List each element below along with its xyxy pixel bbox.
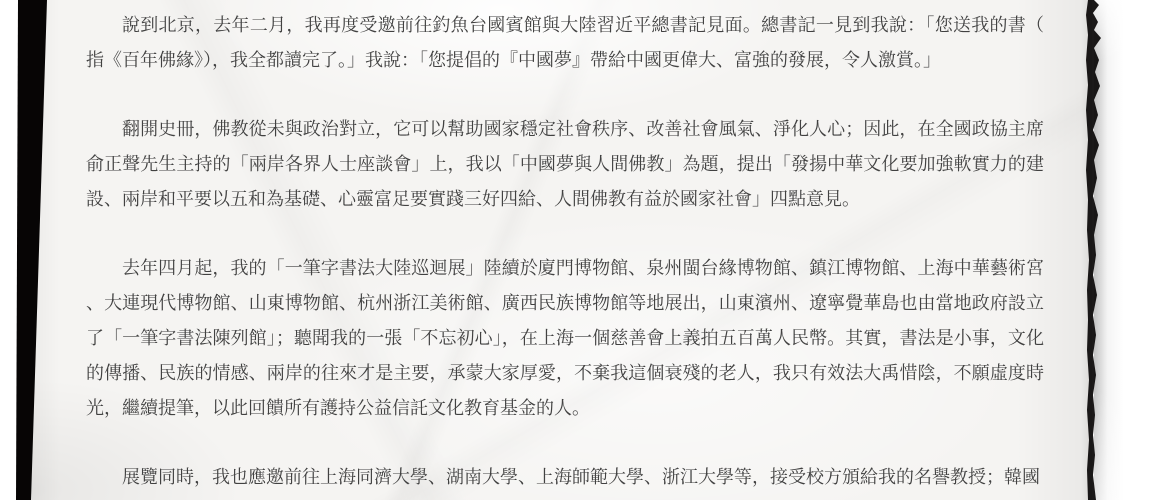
paragraph-beijing-meeting: 說到北京，去年二月，我再度受邀前往釣魚台國賓館與大陸習近平總書記見面。總書記一見… xyxy=(86,8,1044,78)
paragraph-buddhism-politics: 翻開史冊，佛教從未與政治對立，它可以幫助國家穩定社會秩序、改善社會風氣、淨化人心… xyxy=(86,112,1044,217)
page-right-edge xyxy=(1080,0,1120,500)
scanned-page-scene: 說到北京，去年二月，我再度受邀前往釣魚台國賓館與大陸習近平總書記見面。總書記一見… xyxy=(0,0,1170,500)
paragraph-university-visits: 展覽同時，我也應邀前往上海同濟大學、湖南大學、上海師範大學、浙江大學等，接受校方… xyxy=(86,460,1044,495)
page-text: 說到北京，去年二月，我再度受邀前往釣魚台國賓館與大陸習近平總書記見面。總書記一見… xyxy=(86,8,1044,495)
paragraph-calligraphy-tour: 去年四月起，我的「一筆字書法大陸巡迴展」陸續於廈門博物館、泉州閩台緣博物館、鎮江… xyxy=(86,251,1044,426)
